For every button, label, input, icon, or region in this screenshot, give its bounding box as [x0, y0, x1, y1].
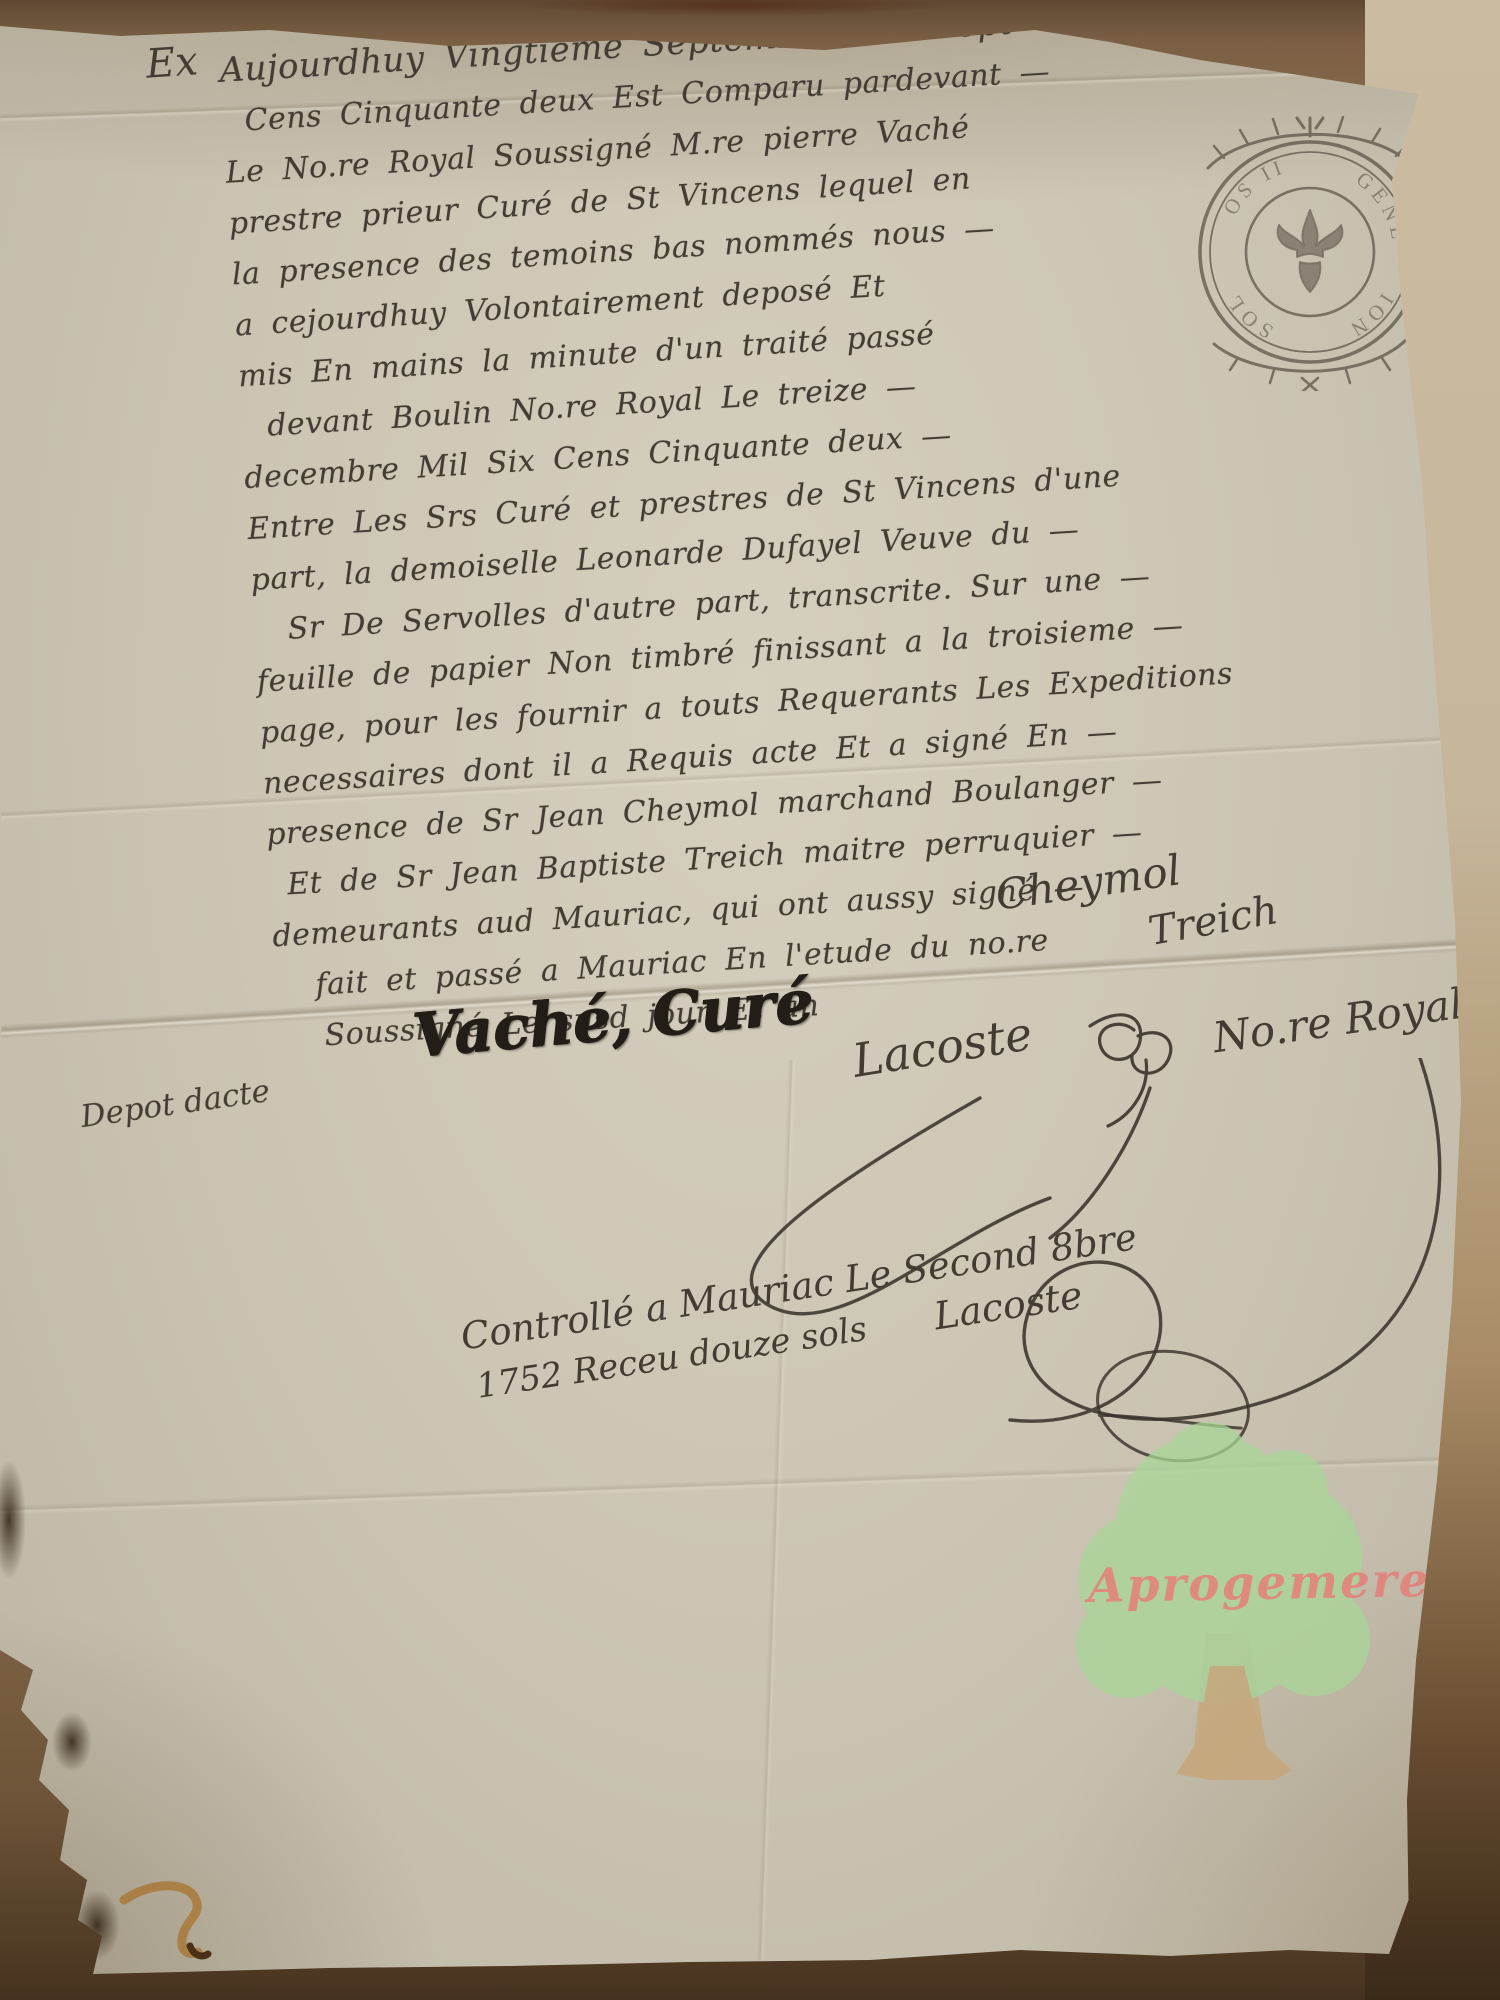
depot-dacte-margin-note: Depot dacte [78, 1073, 272, 1135]
watermark-text: Aprogemere [1088, 1553, 1431, 1614]
top-edge-smudge [520, 0, 950, 16]
manuscript-paper: OS II GENE ION SOL Ex Aujourdhuy Vingtie… [0, 0, 1500, 2000]
edge-stain [52, 1712, 92, 1772]
ex-margin-mark: Ex [144, 38, 199, 87]
manuscript-text-block: Aujourdhuy Vingtieme Septembre Mil Sept … [218, 0, 1500, 1064]
paper-fiber-mark [110, 1862, 230, 1972]
photo-scene: OS II GENE ION SOL Ex Aujourdhuy Vingtie… [0, 0, 1500, 2000]
edge-stain [0, 1460, 26, 1580]
edge-stain [74, 1890, 120, 1960]
